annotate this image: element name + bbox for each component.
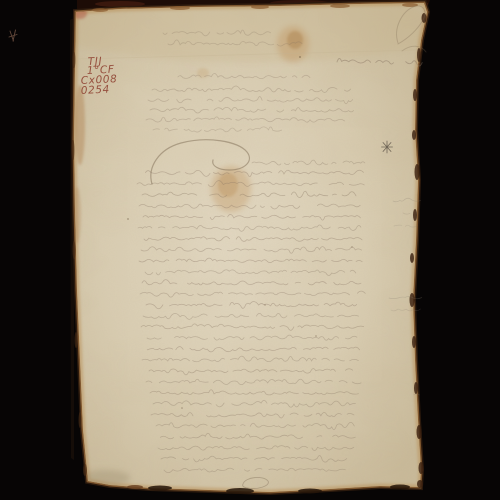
asterisk-mark bbox=[382, 141, 393, 153]
stain bbox=[197, 68, 209, 78]
archival-code-line: 0254 bbox=[81, 83, 111, 97]
stain bbox=[287, 31, 303, 49]
background-catalog-mark bbox=[9, 30, 17, 41]
stain bbox=[218, 173, 238, 197]
edge-streak bbox=[75, 85, 85, 165]
document-photo: TJJ 1°CF Cx008 0254 bbox=[0, 0, 500, 500]
manuscript-photo-svg: TJJ 1°CF Cx008 0254 bbox=[0, 0, 500, 500]
